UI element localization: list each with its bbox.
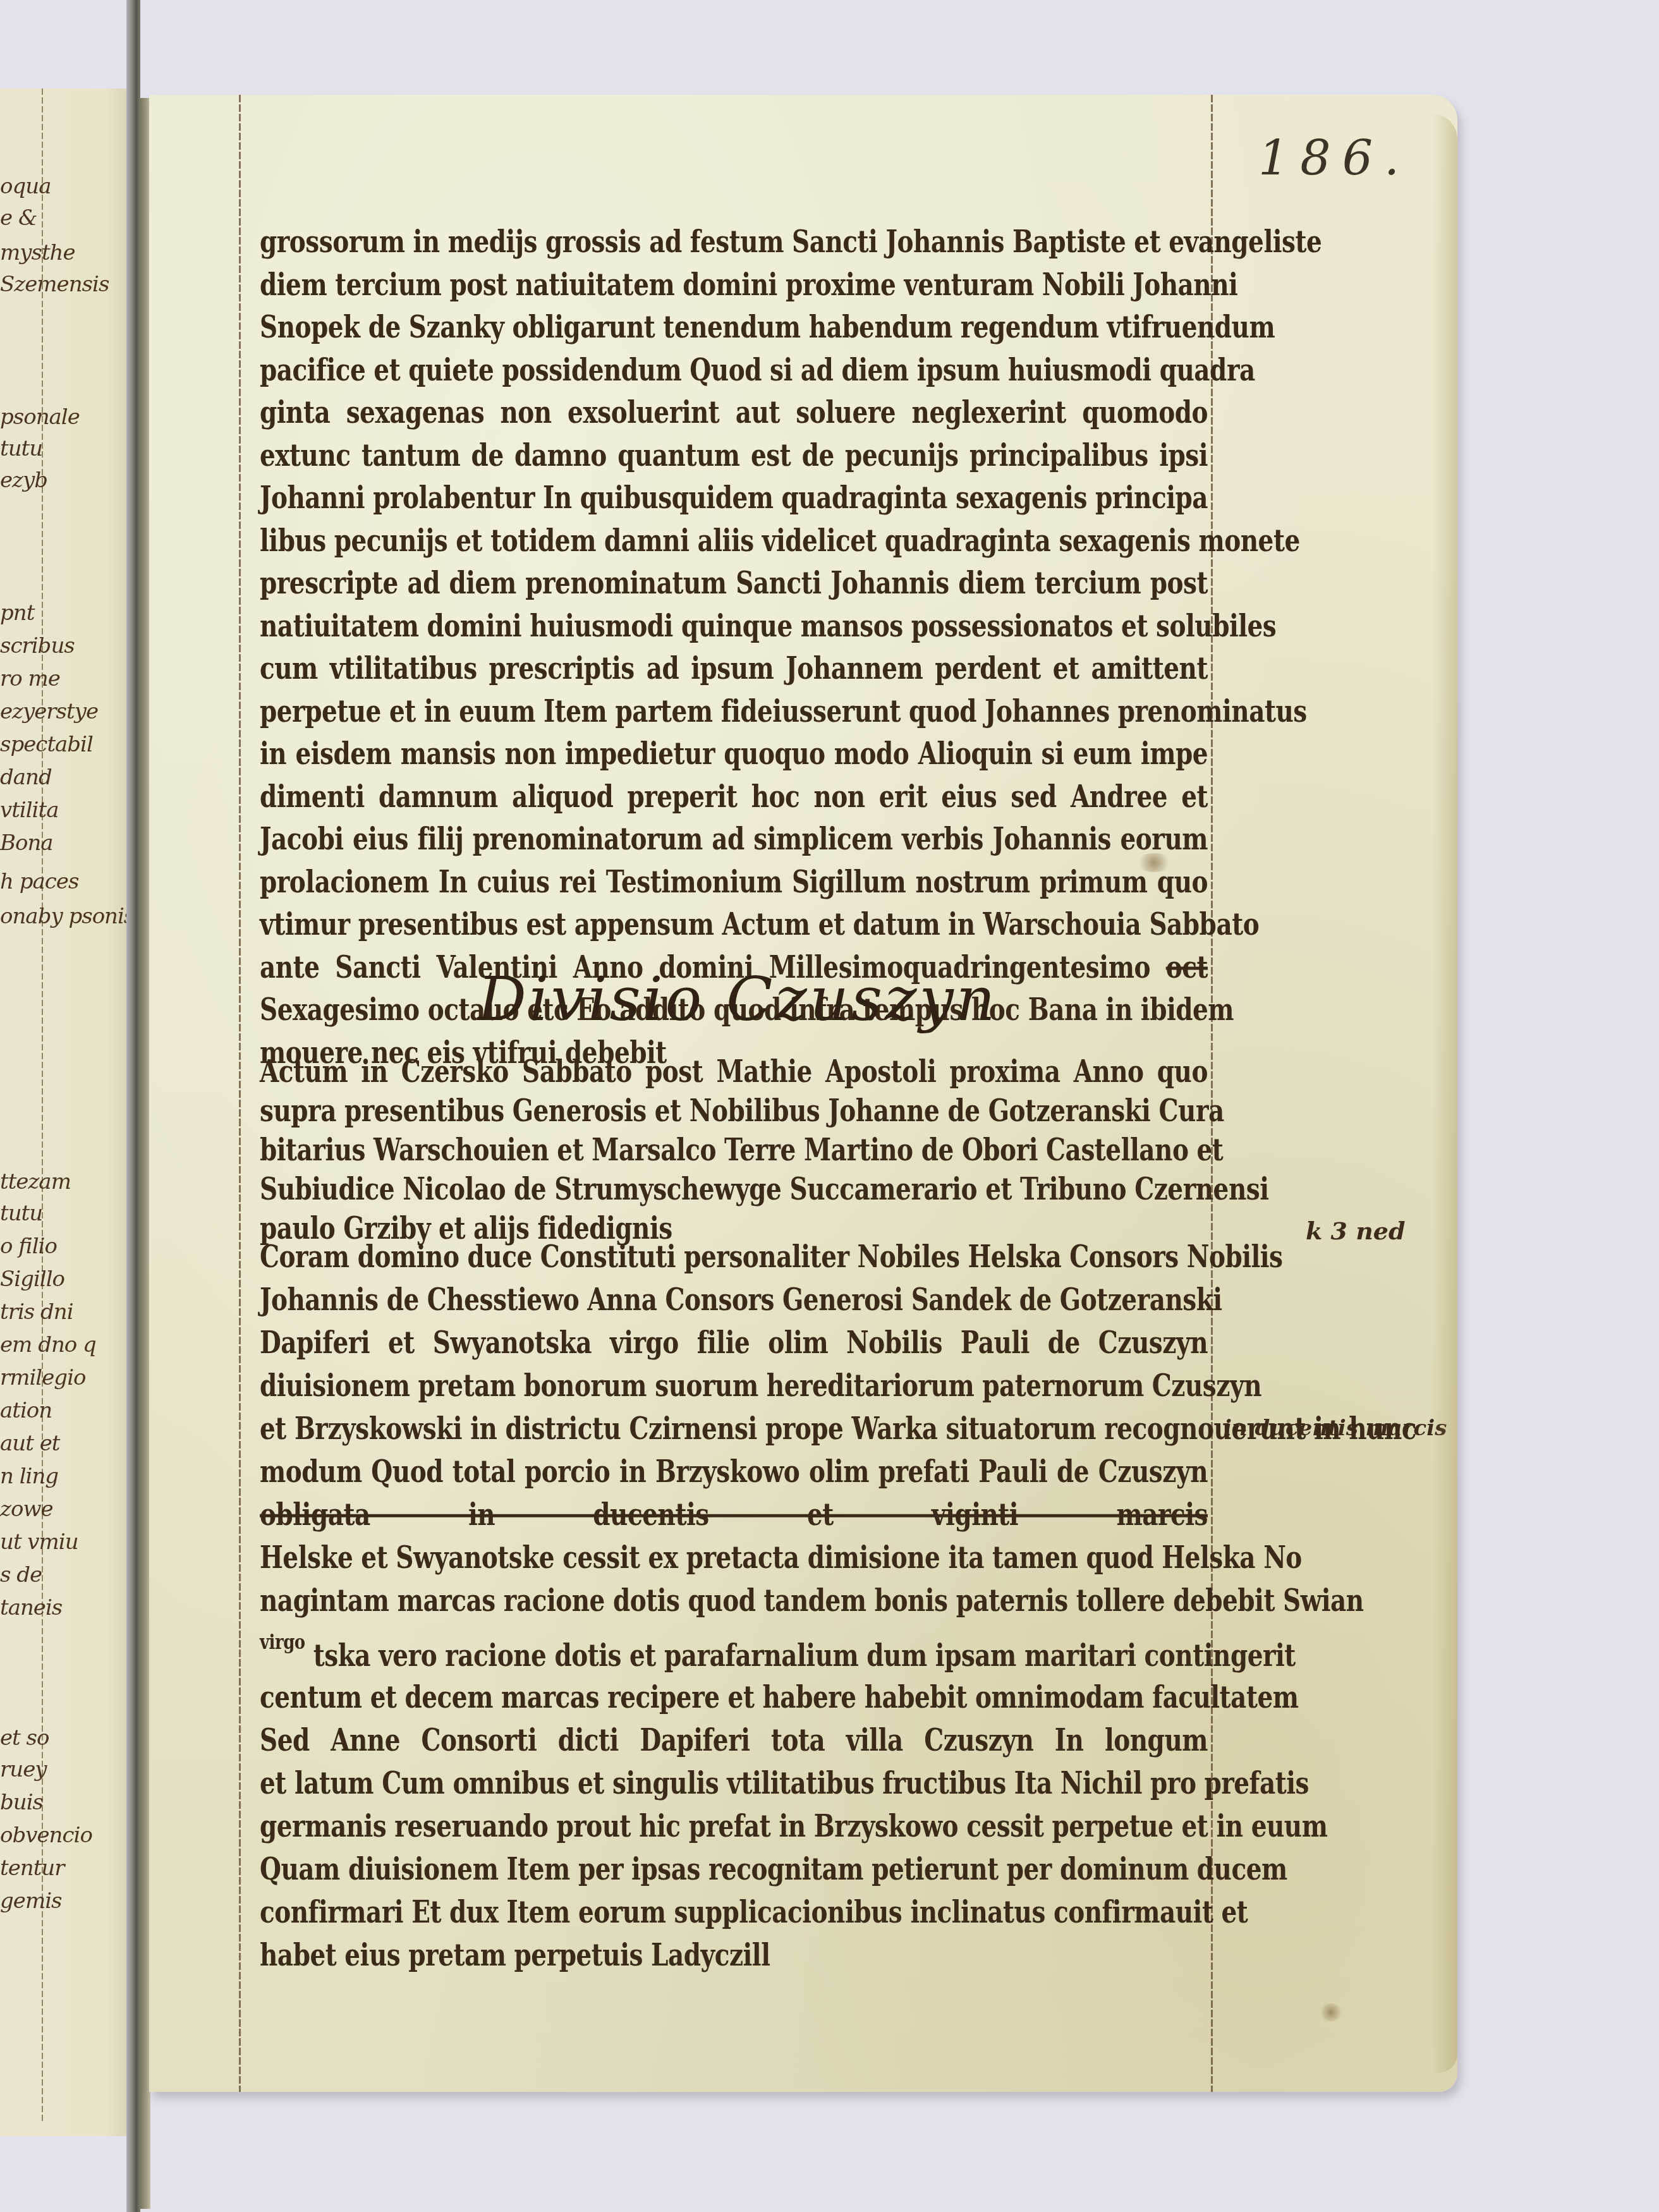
left-fragment: ttezam (0, 1169, 71, 1194)
struck-text: obligata in ducentis et viginti marcis (260, 1497, 1208, 1533)
left-fragment: spectabil (0, 732, 93, 757)
left-fragment: obvencio (0, 1823, 92, 1848)
left-fragment: e & (0, 205, 37, 231)
left-fragment: aut et (0, 1431, 59, 1456)
left-fragment: onaby psonis (0, 904, 134, 929)
left-fragment: ro me (0, 666, 60, 691)
left-fragment: pnt (0, 600, 34, 626)
left-fragment: buis (0, 1790, 43, 1815)
text-line: habet eius pretam perpetuis Ladyczill (260, 1929, 1208, 1983)
left-fragment: rmilegio (0, 1365, 85, 1390)
left-ruling-line (239, 95, 241, 2092)
left-fragment: ezyerstye (0, 699, 98, 724)
left-fragment: o filio (0, 1234, 57, 1259)
left-fragment: taneis (0, 1595, 62, 1620)
interlinear-insert: virgo (260, 1631, 305, 1655)
left-fragment: zowe (0, 1497, 53, 1522)
left-fragment: ruey (0, 1757, 46, 1782)
left-fragment: Sigillo (0, 1267, 64, 1292)
left-fragment: dand (0, 765, 52, 790)
left-fragment: ezyb (0, 468, 47, 493)
text-segment: tska vero racione dotis et parafarnalium… (313, 1638, 1296, 1674)
left-fragment: em dno q (0, 1332, 96, 1358)
left-fragment: h paces (0, 869, 78, 894)
left-fragment: n ling (0, 1464, 58, 1489)
paragraph-witness-list: Actum in Czersko Sabbato post Mathie Apo… (260, 1052, 1208, 1248)
left-fragment: tutu (0, 1201, 42, 1226)
left-fragment: mysthe (0, 240, 75, 265)
manuscript-page: 186. grossorum in medijs grossis ad fest… (149, 95, 1457, 2092)
paragraph-obligation-text: grossorum in medijs grossis ad festum Sa… (260, 221, 1208, 1074)
left-fragment: psonale (0, 404, 80, 430)
folio-number: 186. (1258, 130, 1411, 186)
margin-note: k 3 ned (1306, 1217, 1406, 1245)
left-facing-page: oqua e & mysthe Szemensis psonale tutu e… (0, 88, 133, 2136)
paragraph-division-record: Coram domino duce Constituti personalite… (260, 1236, 1208, 1977)
left-fragment: tentur (0, 1856, 64, 1881)
left-fragment: Bona (0, 830, 53, 856)
left-fragment: s de (0, 1562, 42, 1588)
left-fragment: ut vmiu (0, 1529, 78, 1555)
left-fragment: ation (0, 1398, 52, 1423)
left-fragment: Szemensis (0, 272, 109, 297)
left-fragment: vtilita (0, 798, 58, 823)
book-spine-gutter (126, 0, 140, 2212)
section-heading: Divisio Czuszyn (478, 964, 998, 1035)
struck-word: oct (1166, 949, 1208, 986)
left-page-text-fragments: oqua e & mysthe Szemensis psonale tutu e… (0, 88, 101, 2136)
left-fragment: scribus (0, 633, 75, 659)
left-fragment: tris dni (0, 1299, 73, 1325)
left-fragment: oqua (0, 174, 51, 199)
left-fragment: gemis (0, 1888, 61, 1914)
left-fragment: et so (0, 1725, 49, 1751)
stain (1318, 2003, 1344, 2021)
left-fragment: tutu (0, 436, 42, 461)
